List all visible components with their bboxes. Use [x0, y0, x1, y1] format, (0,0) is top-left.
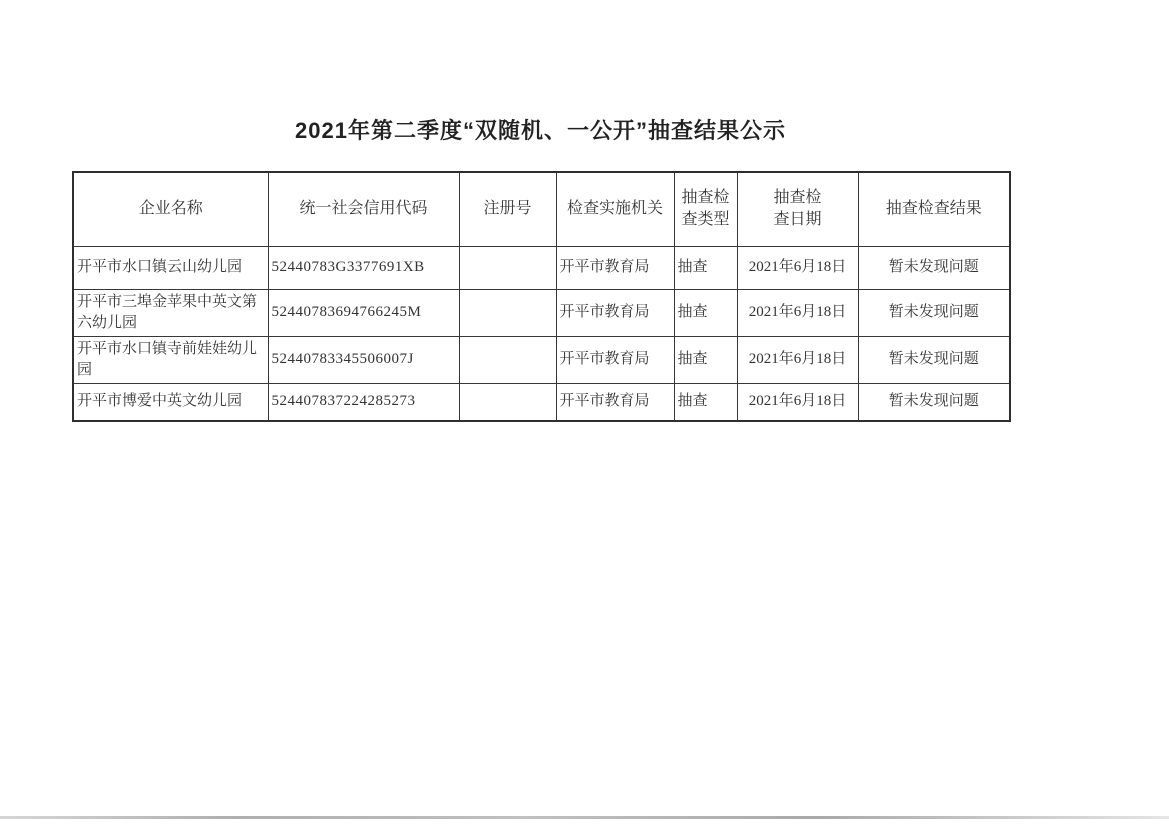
cell-check-type: 抽查 — [674, 336, 737, 383]
column-header-registration-number: 注册号 — [459, 172, 556, 246]
column-header-check-type: 抽查检 查类型 — [674, 172, 737, 246]
table-row: 开平市三埠金苹果中英文第六幼儿园 52440783694766245M 开平市教… — [73, 289, 1010, 336]
scan-edge-artifact — [0, 816, 1169, 819]
table-header-row: 企业名称 统一社会信用代码 注册号 检查实施机关 抽查检 查类型 抽查检 查日期… — [73, 172, 1010, 246]
cell-credit-code: 52440783G3377691XB — [268, 246, 459, 289]
cell-check-type: 抽查 — [674, 383, 737, 421]
table-row: 开平市博爱中英文幼儿园 524407837224285273 开平市教育局 抽查… — [73, 383, 1010, 421]
column-header-check-date: 抽查检 查日期 — [737, 172, 858, 246]
cell-enterprise-name: 开平市水口镇寺前娃娃幼儿园 — [73, 336, 268, 383]
inspection-results-table: 企业名称 统一社会信用代码 注册号 检查实施机关 抽查检 查类型 抽查检 查日期… — [72, 171, 1011, 422]
cell-enterprise-name: 开平市三埠金苹果中英文第六幼儿园 — [73, 289, 268, 336]
cell-enterprise-name: 开平市水口镇云山幼儿园 — [73, 246, 268, 289]
cell-check-type: 抽查 — [674, 289, 737, 336]
cell-check-date: 2021年6月18日 — [737, 383, 858, 421]
cell-inspection-agency: 开平市教育局 — [556, 289, 674, 336]
table-row: 开平市水口镇云山幼儿园 52440783G3377691XB 开平市教育局 抽查… — [73, 246, 1010, 289]
document-title: 2021年第二季度“双随机、一公开”抽查结果公示 — [72, 114, 1009, 145]
column-header-inspection-agency: 检查实施机关 — [556, 172, 674, 246]
column-header-enterprise-name: 企业名称 — [73, 172, 268, 246]
cell-registration-number — [459, 246, 556, 289]
table-row: 开平市水口镇寺前娃娃幼儿园 52440783345506007J 开平市教育局 … — [73, 336, 1010, 383]
column-header-credit-code: 统一社会信用代码 — [268, 172, 459, 246]
cell-enterprise-name: 开平市博爱中英文幼儿园 — [73, 383, 268, 421]
cell-registration-number — [459, 383, 556, 421]
cell-credit-code: 52440783694766245M — [268, 289, 459, 336]
cell-check-type: 抽查 — [674, 246, 737, 289]
scanned-document-page: 2021年第二季度“双随机、一公开”抽查结果公示 企业名称 统一社会信用代码 注… — [0, 0, 1169, 827]
cell-check-date: 2021年6月18日 — [737, 289, 858, 336]
cell-inspection-agency: 开平市教育局 — [556, 383, 674, 421]
cell-inspection-agency: 开平市教育局 — [556, 246, 674, 289]
cell-check-result: 暂未发现问题 — [858, 336, 1010, 383]
cell-registration-number — [459, 336, 556, 383]
cell-check-result: 暂未发现问题 — [858, 246, 1010, 289]
column-header-check-result: 抽查检查结果 — [858, 172, 1010, 246]
cell-check-result: 暂未发现问题 — [858, 383, 1010, 421]
cell-credit-code: 524407837224285273 — [268, 383, 459, 421]
cell-registration-number — [459, 289, 556, 336]
cell-check-date: 2021年6月18日 — [737, 336, 858, 383]
cell-check-result: 暂未发现问题 — [858, 289, 1010, 336]
cell-check-date: 2021年6月18日 — [737, 246, 858, 289]
cell-credit-code: 52440783345506007J — [268, 336, 459, 383]
cell-inspection-agency: 开平市教育局 — [556, 336, 674, 383]
